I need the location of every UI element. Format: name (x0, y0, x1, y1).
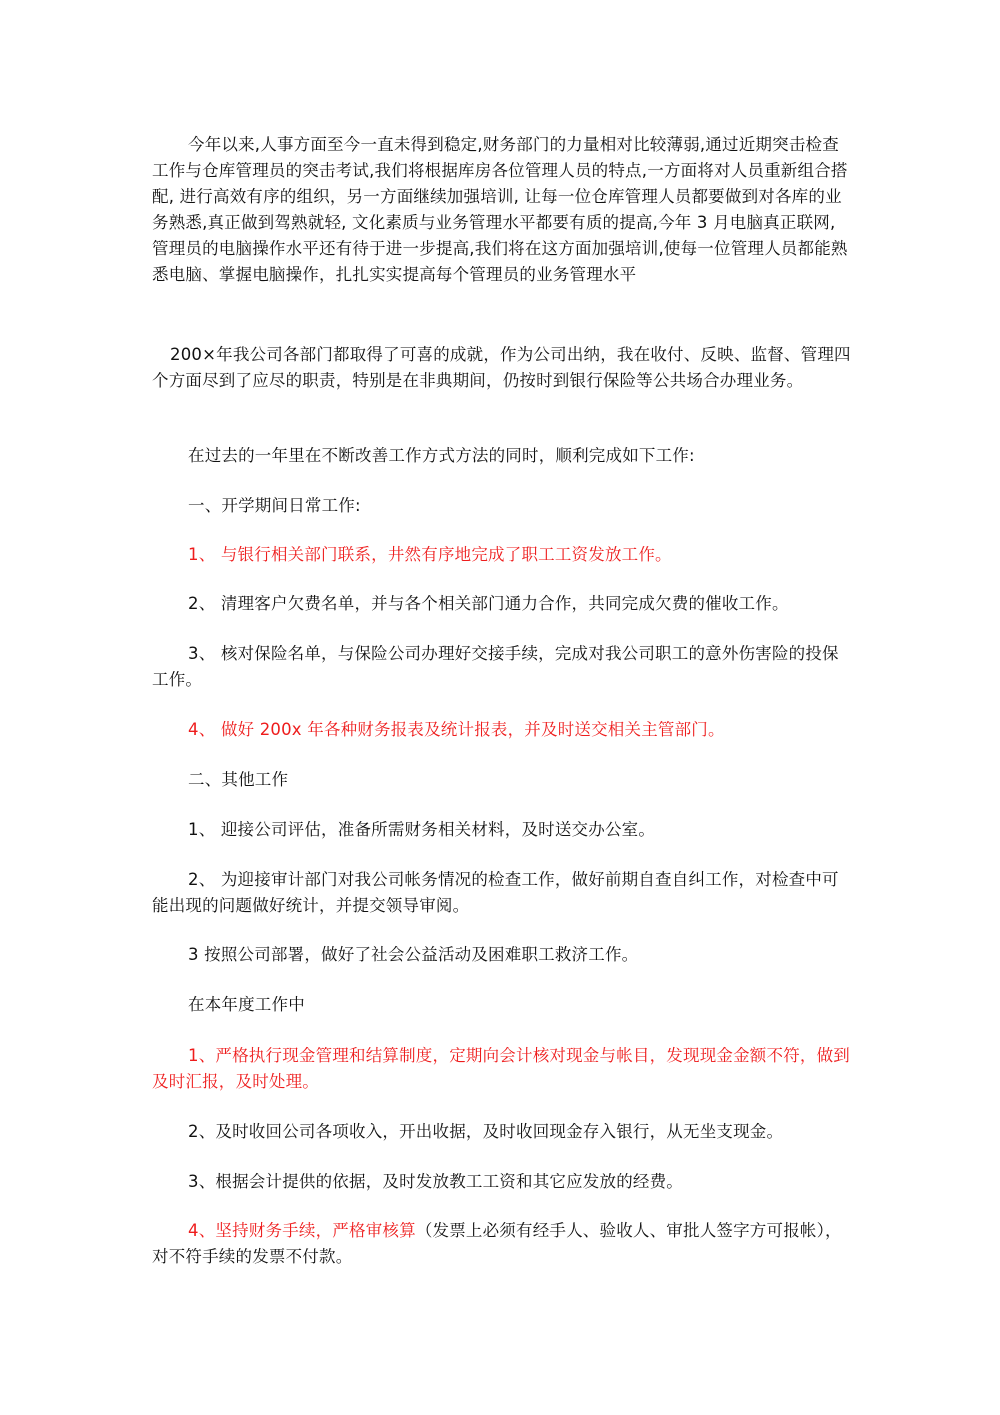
list-item-arrears: 2、 清理客户欠费名单，并与各个相关部门通力合作，共同完成欠费的催收工作。 (152, 591, 852, 617)
list-item-bank-contact: 1、 与银行相关部门联系，井然有序地完成了职工工资发放工作。 (152, 542, 852, 568)
paragraph-achievements: 200×年我公司各部门都取得了可喜的成就，作为公司出纳，我在收付、反映、监督、管… (152, 342, 852, 394)
list-item-collect-income: 2、及时收回公司各项收入，开出收据，及时收回现金存入银行，从无坐支现金。 (152, 1119, 852, 1145)
document-page: 今年以来,人事方面至今一直未得到稳定,财务部门的力量相对比较薄弱,通过近期突击检… (0, 0, 1000, 1415)
list-item-financial-procedures: 4、坚持财务手续，严格审核算（发票上必须有经手人、验收人、审批人签字方可报帐），… (152, 1218, 852, 1270)
paragraph-intro: 在过去的一年里在不断改善工作方式方法的同时，顺利完成如下工作: (152, 443, 852, 469)
list-item-pay-wages: 3、根据会计提供的依据，及时发放教工工资和其它应发放的经费。 (152, 1169, 852, 1195)
section-heading-this-year: 在本年度工作中 (152, 992, 852, 1018)
list-item-cash-management: 1、严格执行现金管理和结算制度，定期向会计核对现金与帐目，发现现金金额不符，做到… (152, 1043, 852, 1095)
list-item-charity: 3 按照公司部署，做好了社会公益活动及困难职工救济工作。 (152, 942, 852, 968)
highlighted-text: 4、坚持财务手续，严格审核算 (188, 1221, 416, 1240)
list-item-insurance: 3、 核对保险名单，与保险公司办理好交接手续，完成对我公司职工的意外伤害险的投保… (152, 641, 852, 693)
list-item-reports: 4、 做好 200x 年各种财务报表及统计报表，并及时送交相关主管部门。 (152, 717, 852, 743)
list-item-audit: 2、 为迎接审计部门对我公司帐务情况的检查工作，做好前期自查自纠工作，对检查中可… (152, 867, 852, 919)
section-heading-other-work: 二、其他工作 (152, 767, 852, 793)
list-item-evaluation: 1、 迎接公司评估，准备所需财务相关材料，及时送交办公室。 (152, 817, 852, 843)
section-heading-daily-work: 一、开学期间日常工作: (152, 493, 852, 519)
paragraph-personnel: 今年以来,人事方面至今一直未得到稳定,财务部门的力量相对比较薄弱,通过近期突击检… (152, 132, 852, 288)
